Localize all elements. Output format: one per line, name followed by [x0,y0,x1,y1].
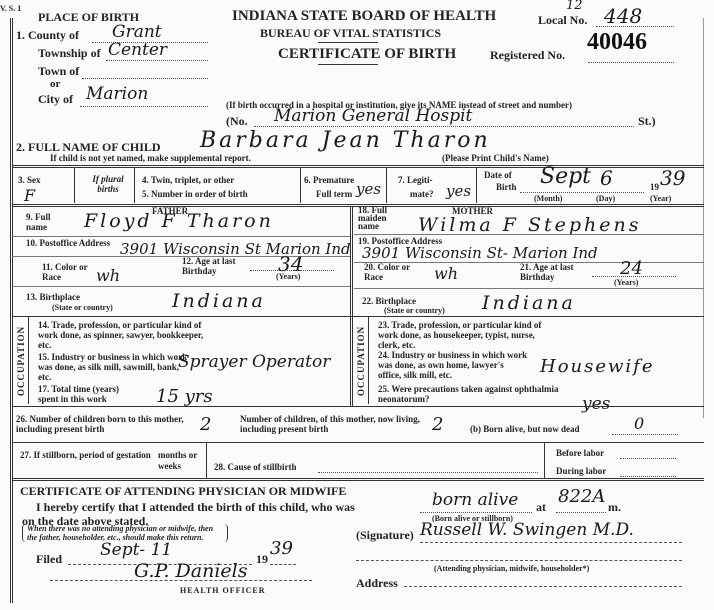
health-officer-signature[interactable]: G.P. Daniels [134,560,248,582]
children-dead-label: (b) Born alive, but now dead [470,424,580,434]
father-trade-label: 14. Trade, profession, or particular kin… [38,320,218,350]
dob-month: Sept [540,164,591,189]
legit-label-2: mate? [410,189,434,199]
mother-address-value: 3901 Wisconsin St- Marion Ind [362,244,598,262]
dob-year: 39 [660,166,685,190]
premature-label: 6. Premature [304,175,354,185]
father-name-value: Floyd F Tharon [84,210,274,232]
father-color-value: wh [96,266,120,285]
city-value: Marion [86,84,148,104]
father-age-label: 12. Age at last Birthday [182,256,254,276]
mother-precautions-value: yes [582,394,610,414]
at-label: at [536,500,546,515]
father-industry-label: 15. Industry or business in which work w… [38,352,188,382]
legit-label: 7. Legiti- [398,175,433,185]
order-label: 5. Number in order of birth [142,189,248,199]
mother-name-label: 18. Full maiden name [358,206,390,230]
fullterm-value: yes [356,180,381,198]
stillbirth-gestation-label: 27. If stillborn, period of gestation [20,450,154,461]
sex-label: 3. Sex [18,175,41,185]
father-birthplace-sub: (State or country) [52,303,113,312]
stillbirth-units-label: months or weeks [158,450,202,472]
street-suffix: St.) [638,114,656,129]
plural-births-label: If plural births [84,174,132,194]
address-label: Address [356,576,398,591]
father-color-label: 11. Color or Race [42,262,94,282]
agency-title: INDIANA STATE BOARD OF HEALTH [232,8,496,25]
local-no-annotation: 12 [566,0,583,13]
legit-value: yes [446,182,471,200]
local-no-label: Local No. [538,13,587,28]
certificate-heading: CERTIFICATE OF ATTENDING PHYSICIAN OR MI… [20,484,346,499]
or-label: or [50,78,60,90]
stillbirth-cause-label: 28. Cause of stillbirth [214,462,297,472]
stillbirth-before-label: Before labor [556,448,604,458]
left-border [10,18,13,603]
father-name-label: 9. Full name [26,212,60,232]
father-time-value: 15 yrs [156,386,213,407]
filed-year-prefix: 19 [256,552,268,567]
filed-label: Filed [36,552,62,567]
father-occupation-label: OCCUPATION [16,326,26,396]
twin-label: 4. Twin, triplet, or other [142,175,234,185]
signature-label: (Signature) [356,528,414,543]
mother-color-label: 20. Color or Race [364,262,414,282]
day-label: (Day) [596,194,615,203]
children-born-label: 26. Number of children born to this moth… [16,414,191,434]
father-industry-value: Sprayer Operator [178,352,330,372]
filed-year: 39 [270,538,293,559]
mother-birthplace-sub: (State or country) [384,306,445,315]
father-time-label: 17. Total time (years) spent in this wor… [38,384,138,404]
mother-name-value: Wilma F Stephens [418,214,641,236]
print-note: (Please Print Child's Name) [442,153,549,163]
mother-age-label: 21. Age at last Birthday [520,262,594,282]
m-label: m. [608,500,621,515]
mother-precautions-label: 25. Were precautions taken against ophth… [378,384,568,404]
child-name-value: Barbara Jean Tharon [200,128,491,153]
registered-no-label: Registered No. [490,48,565,63]
health-officer-label: HEALTH OFFICER [180,586,266,595]
county-value: Grant [112,22,162,42]
form-code: V. S. 1 [0,4,21,13]
township-label: Township of [38,46,101,61]
children-living-label: Number of children, of this mother, now … [240,414,420,434]
county-label: 1. County of [16,28,79,43]
dob-day: 6 [600,166,613,190]
town-label: Town of [38,64,79,79]
father-address-label: 10. Postoffice Address [26,238,110,248]
dob-year-prefix: 19 [650,182,659,192]
child-name-note: If child is not yet named, make suppleme… [50,153,251,163]
mother-years-label: (Years) [614,278,638,287]
mother-industry-value: Housewife [540,356,655,377]
fullterm-label: Full term [316,189,352,199]
dob-label: Date of [484,170,512,180]
mother-industry-label: 24. Industry or business in which work w… [378,350,528,380]
mother-birthplace-value: Indiana [482,292,576,314]
month-label: (Month) [534,194,562,203]
physician-signature[interactable]: Russell W. Swingen M.D. [420,520,634,540]
dob-label-2: Birth [496,182,517,192]
stillbirth-during-label: During labor [556,466,606,476]
year-label: (Year) [650,194,671,203]
born-status-value: born alive [432,490,518,510]
certificate-statement: I hereby certify that I attended the bir… [36,500,355,515]
column-divider [350,206,353,406]
children-born-value: 2 [200,414,211,435]
signature-sub-label: (Attending physician, midwife, household… [434,564,589,573]
township-value: Center [108,40,167,60]
father-birthplace-label: 13. Birthplace [26,292,80,302]
mother-birthplace-label: 22. Birthplace [362,296,416,306]
filed-date-value: Sept- 11 [100,540,172,560]
birth-time-value: 822A [558,486,605,507]
children-dead-value: 0 [634,414,644,433]
mother-occupation-label: OCCUPATION [356,326,366,396]
street-prefix: (No. [226,114,248,129]
father-birthplace-value: Indiana [172,290,266,312]
father-years-label: (Years) [276,272,300,281]
sex-value: F [24,186,35,205]
children-living-value: 2 [432,414,443,435]
bureau-title: BUREAU OF VITAL STATISTICS [260,26,441,41]
local-no-value: 448 [604,4,642,28]
mother-trade-label: 23. Trade, profession, or particular kin… [378,320,558,350]
mother-color-value: wh [434,264,458,283]
certificate-title: CERTIFICATE OF BIRTH [278,46,456,63]
city-label: City of [38,92,73,107]
right-border [703,18,704,418]
street-value: Marion General Hospit [274,106,472,126]
registered-no-value: 40046 [587,29,647,56]
